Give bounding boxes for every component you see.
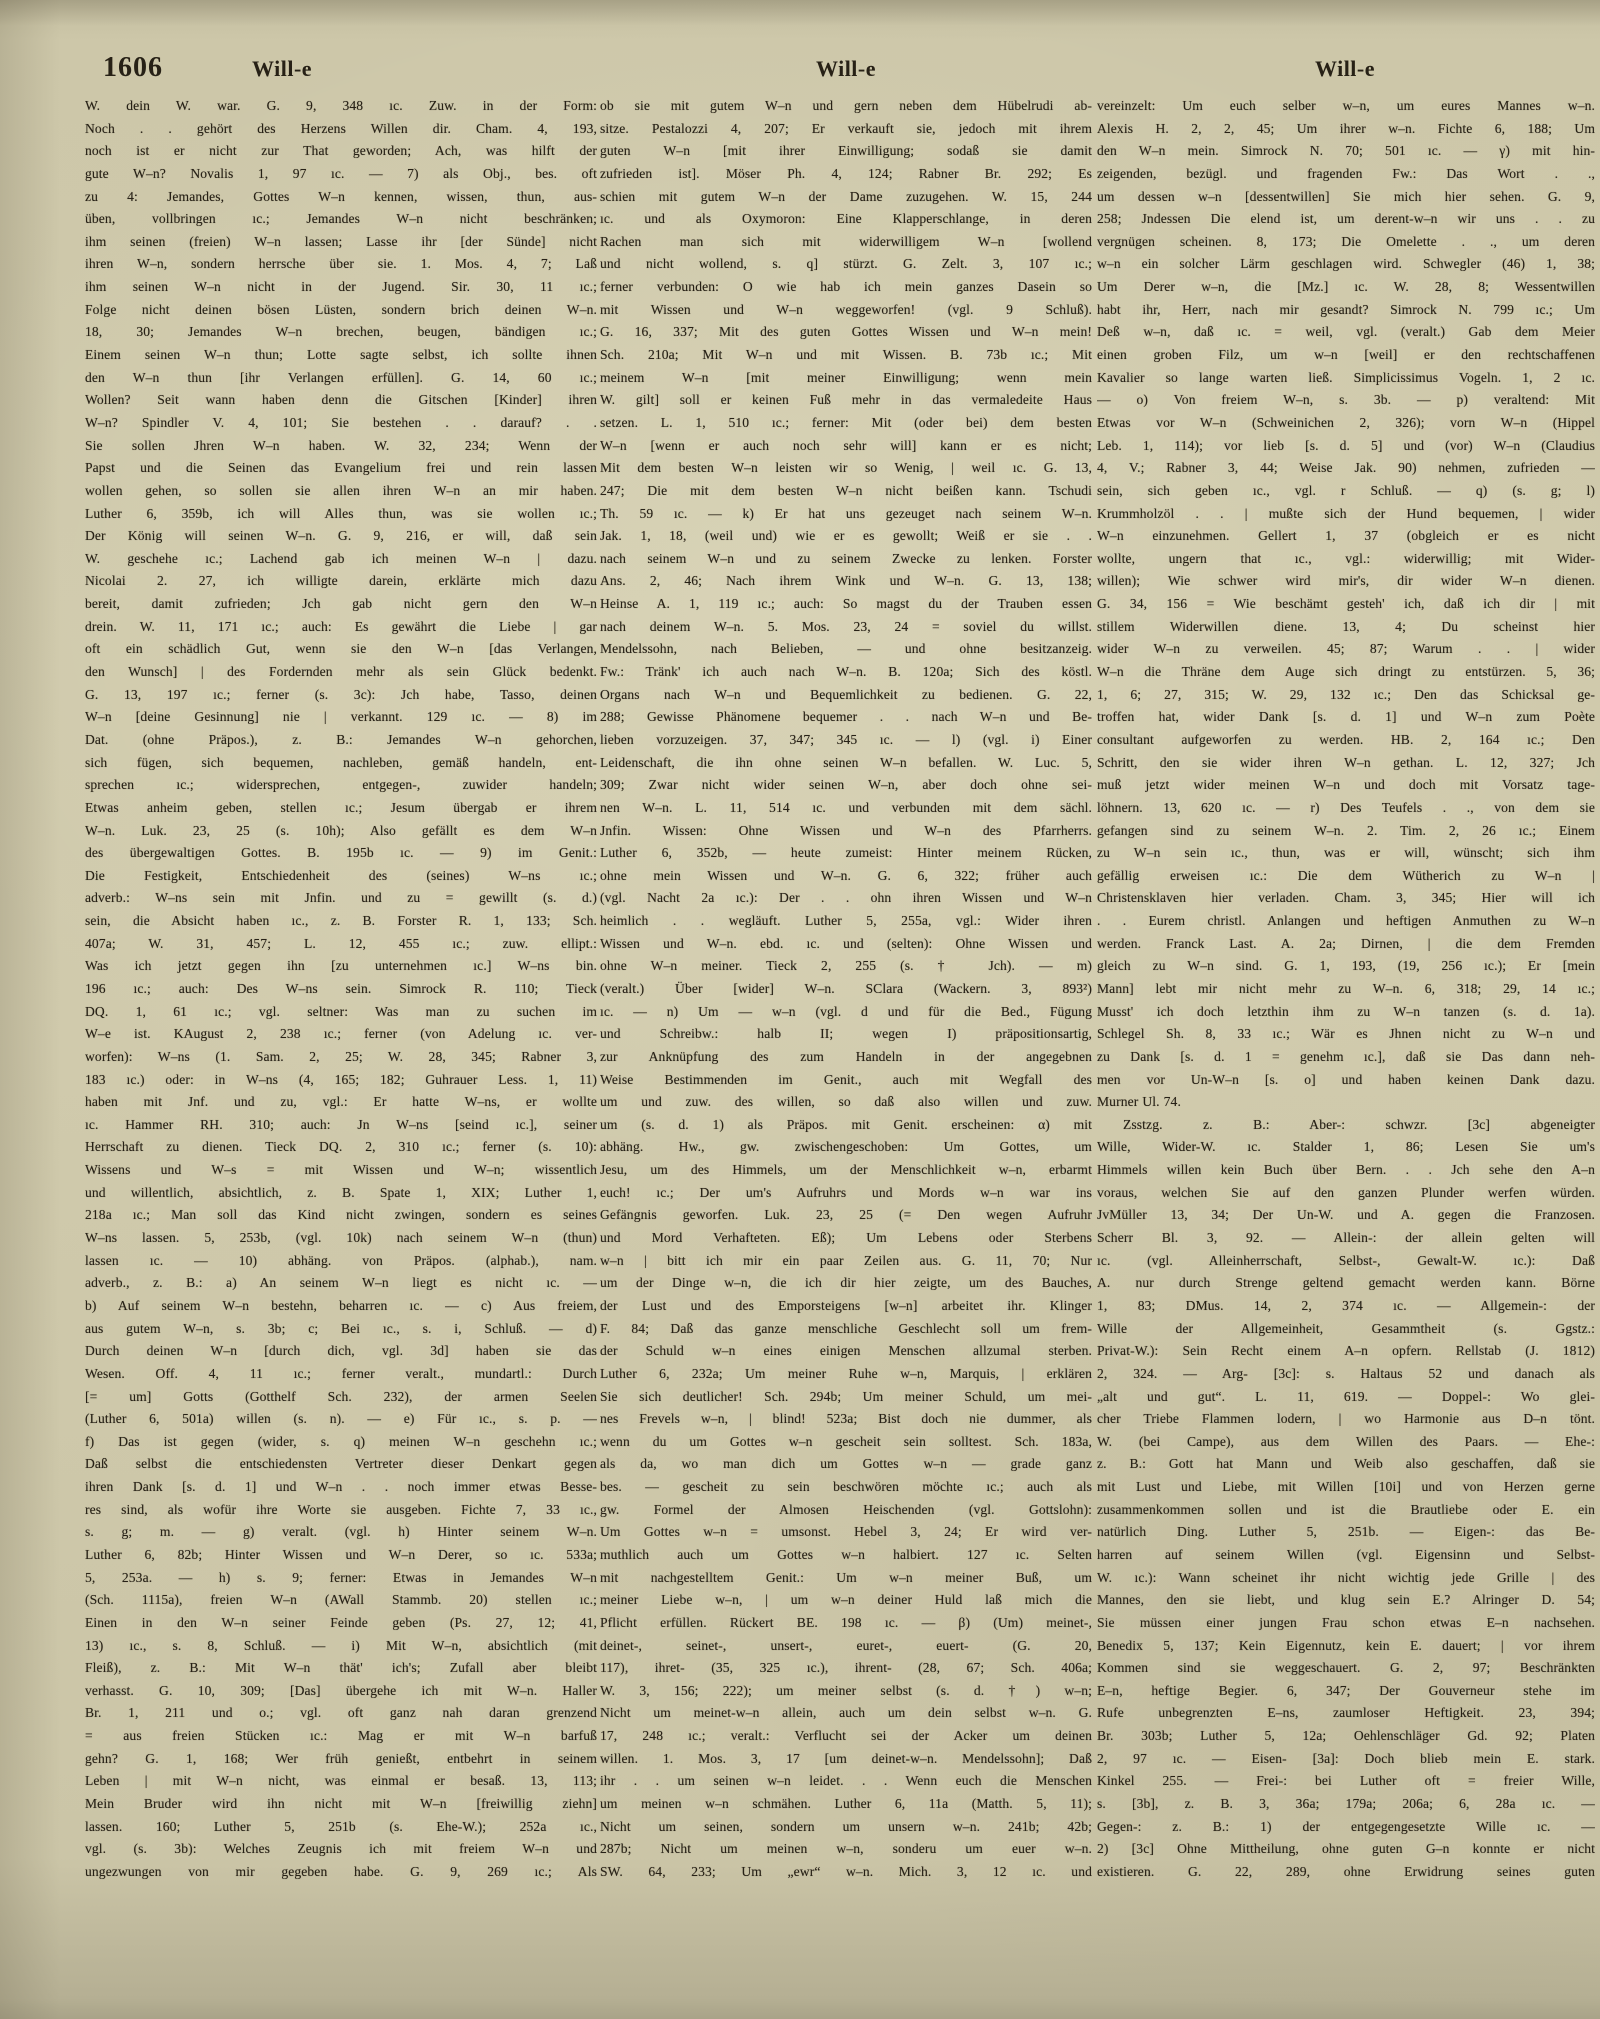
text-line: wenn du um Gottes w–n gescheit sein soll… <box>600 1432 1092 1451</box>
text-line: vereinzelt: Um euch selber w–n, um eures… <box>1097 96 1595 115</box>
text-line: = aus freien Stücken ıc.: Mag er mit W–n… <box>85 1726 597 1745</box>
text-line: Luther 6, 352b, — heute zumeist: Hinter … <box>600 843 1092 862</box>
text-line: lassen. 160; Luther 5, 251b (s. Ehe-W.);… <box>85 1817 597 1836</box>
text-line: Der König will seinen W–n. G. 9, 216, er… <box>85 526 597 545</box>
text-line: Um Derer w–n, die [Mz.] ıc. W. 28, 8; We… <box>1097 277 1595 296</box>
text-line: res sind, als wofür ihre Worte sie ausge… <box>85 1500 597 1519</box>
text-line: der Schuld w–n eines einigen Menschen al… <box>600 1341 1092 1360</box>
text-line: Was ich jetzt gegen ihn [zu unternehmen … <box>85 956 597 975</box>
text-column-center: ob sie mit gutem W–n und gern neben dem … <box>600 96 1092 1882</box>
text-line: adverb.: W–ns sein mit Jnfin. und zu = g… <box>85 888 597 907</box>
text-line: Leben | mit W–n nicht, was einmal er bes… <box>85 1771 597 1790</box>
text-line: 2) [3c] Ohne Mittheilung, ohne guten G–n… <box>1097 1839 1595 1858</box>
text-line: ferner verbunden: O wie hab ich mein gan… <box>600 277 1092 296</box>
text-line: zu W–n sein ıc., thun, was er will, wüns… <box>1097 843 1595 862</box>
text-line: w–n | bitt ich mir ein paar Zeilen aus. … <box>600 1251 1092 1270</box>
text-line: s. g; m. — g) veralt. (vgl. h) Hinter se… <box>85 1522 597 1541</box>
text-line: heimlich . . wegläuft. Luther 5, 255a, v… <box>600 911 1092 930</box>
text-line: 196 ıc.; auch: Des W–ns sein. Simrock R.… <box>85 979 597 998</box>
text-line: guten W–n [mit ihrer Einwilligung; sodaß… <box>600 141 1092 160</box>
text-line: mit Lust und Liebe, mit Willen [10i] und… <box>1097 1477 1595 1496</box>
text-line: Scherr Bl. 3, 92. — Allein-: der allein … <box>1097 1228 1595 1247</box>
text-line: den W–n thun [ihr Verlangen erfüllen]. G… <box>85 368 597 387</box>
text-line: mit nachgestelltem Genit.: Um w–n meiner… <box>600 1568 1092 1587</box>
text-line: Weise Bestimmenden im Genit., auch mit W… <box>600 1070 1092 1089</box>
text-line: euch! ıc.; Der um's Aufruhrs und Mords w… <box>600 1183 1092 1202</box>
text-line: den Wunsch] | des Fordernden mehr als se… <box>85 662 597 681</box>
text-line: Schlegel Sh. 8, 33 ıc.; Wär es Jhnen nic… <box>1097 1024 1595 1043</box>
text-line: Rufe unbegrenzten E–ns, zaumloser Heftig… <box>1097 1703 1595 1722</box>
text-line: (veralt.) Über [wider] W–n. SClara (Wack… <box>600 979 1092 998</box>
text-line: consultant aufgeworfen zu werden. HB. 2,… <box>1097 730 1595 749</box>
text-line: harren auf seinem Willen (vgl. Eigensinn… <box>1097 1545 1595 1564</box>
text-line: worfen): W–ns (1. Sam. 2, 25; W. 28, 345… <box>85 1047 597 1066</box>
text-line: 407a; W. 31, 457; L. 12, 455 ıc.; zuw. e… <box>85 934 597 953</box>
text-line: zeigenden, bezügl. und fragenden Fw.: Da… <box>1097 164 1595 183</box>
text-line: cher Triebe Flammen lodern, | wo Harmoni… <box>1097 1409 1595 1428</box>
text-line: Nicht um meinet-w–n allein, auch um dein… <box>600 1703 1092 1722</box>
text-line: 258; Jndessen Die elend ist, um derent-w… <box>1097 209 1595 228</box>
text-line: Noch . . gehört des Herzens Willen dir. … <box>85 119 597 138</box>
text-line: sein, sich geben ıc., vgl. r Schluß. — q… <box>1097 481 1595 500</box>
text-line: Krummholzöl . . | mußte sich der Hund be… <box>1097 504 1595 523</box>
page-number: 1606 <box>103 52 163 84</box>
text-line: adverb., z. B.: a) An seinem W–n liegt e… <box>85 1273 597 1292</box>
text-line: willen. 1. Mos. 3, 17 [um deinet-w–n. Me… <box>600 1749 1092 1768</box>
text-line: 18, 30; Jemandes W–n brechen, beugen, bä… <box>85 322 597 341</box>
text-line: haben mit Jnf. und zu, vgl.: Er hatte W–… <box>85 1092 597 1111</box>
text-line: Musst' ich doch letzthin ihm zu W–n tanz… <box>1097 1002 1595 1021</box>
text-line: Himmels willen kein Buch über Bern. . . … <box>1097 1160 1595 1179</box>
text-line: Einem seinen W–n thun; Lotte sagte selbs… <box>85 345 597 364</box>
text-line: Leb. 1, 114); vor lieb [s. d. 5] und (vo… <box>1097 436 1595 455</box>
text-line: Sie sollen Jhren W–n haben. W. 32, 234; … <box>85 436 597 455</box>
text-line: wollte, ungern that ıc., vgl.: widerwill… <box>1097 549 1595 568</box>
text-line: nen W–n. L. 11, 514 ıc. und verbunden mi… <box>600 798 1092 817</box>
text-line: W–n [wenn er auch noch sehr will] kann e… <box>600 436 1092 455</box>
text-line: men vor Un-W–n [s. o] und haben keinen D… <box>1097 1070 1595 1089</box>
text-line: gefangen sind zu seinem W–n. 2. Tim. 2, … <box>1097 821 1595 840</box>
text-line: nach deinem W–n. 5. Mos. 23, 24 = soviel… <box>600 617 1092 636</box>
text-line: Mann] lebt mir nicht mehr zu W–n. 6, 318… <box>1097 979 1595 998</box>
text-line: üben, vollbringen ıc.; Jemandes W–n nich… <box>85 209 597 228</box>
text-line: Br. 1, 211 und o.; vgl. oft ganz nah dar… <box>85 1703 597 1722</box>
text-line: und Schreibw.: halb II; wegen I) präposi… <box>600 1024 1092 1043</box>
text-line: ıc. Hammer RH. 310; auch: Jn W–ns [seind… <box>85 1115 597 1134</box>
text-line: Nicht um seinen, sondern um unsern w–n. … <box>600 1817 1092 1836</box>
text-line: willen); Wie schwer wird mir's, dir wide… <box>1097 571 1595 590</box>
text-line: W–e ist. KAugust 2, 238 ıc.; ferner (von… <box>85 1024 597 1043</box>
text-line: 5, 253a. — h) s. 9; ferner: Etwas in Jem… <box>85 1568 597 1587</box>
text-line: Fleiß), z. B.: Mit W–n thät' ich's; Zufa… <box>85 1658 597 1677</box>
text-line: ihm seinen (freien) W–n lassen; Lasse ih… <box>85 232 597 251</box>
text-line: [= um] Gotts (Gotthelf Sch. 232), der ar… <box>85 1387 597 1406</box>
text-line: Mit dem besten W–n leisten wir so Wenig,… <box>600 458 1092 477</box>
text-line: einen groben Filz, um w–n [weil] er den … <box>1097 345 1595 364</box>
text-line: noch ist er nicht zur That geworden; Ach… <box>85 141 597 160</box>
text-line: 4, V.; Rabner 3, 44; Weise Jak. 90) nehm… <box>1097 458 1595 477</box>
text-line: sein, die Absicht haben ıc., z. B. Forst… <box>85 911 597 930</box>
text-line: ohne W–n meiner. Tieck 2, 255 (s. † Jch)… <box>600 956 1092 975</box>
text-line: . . Eurem christl. Anlangen und heftigen… <box>1097 911 1595 930</box>
text-line: Zsstzg. z. B.: Aber-: schwzr. [3c] abgen… <box>1097 1115 1595 1134</box>
text-line: natürlich Ding. Luther 5, 251b. — Eigen-… <box>1097 1522 1595 1541</box>
text-line: zufrieden ist]. Möser Ph. 4, 124; Rabner… <box>600 164 1092 183</box>
text-line: Sch. 210a; Mit W–n und mit Wissen. B. 73… <box>600 345 1092 364</box>
text-line: stillem Widerwillen diene. 13, 4; Du sch… <box>1097 617 1595 636</box>
text-line: Etwas vor W–n (Schweinichen 2, 326); vor… <box>1097 413 1595 432</box>
text-line: schien mit gutem W–n der Dame zuzugehen.… <box>600 187 1092 206</box>
text-line: zur Anknüpfung des zum Handeln in der an… <box>600 1047 1092 1066</box>
text-line: und nicht wollend, s. q] stürzt. G. Zelt… <box>600 254 1092 273</box>
text-line: und Mord Verhafteten. Eß); Um Lebens ode… <box>600 1228 1092 1247</box>
text-line: SW. 64, 233; Um „ewr“ w–n. Mich. 3, 12 ı… <box>600 1862 1092 1881</box>
text-line: gehn? G. 1, 168; Wer früh genießt, entbe… <box>85 1749 597 1768</box>
text-line: G. 16, 337; Mit des guten Gottes Wissen … <box>600 322 1092 341</box>
text-line: deinet-, seinet-, unsert-, euret-, euert… <box>600 1636 1092 1655</box>
text-line: zu Dank [s. d. 1 = genehm ıc.], daß sie … <box>1097 1047 1595 1066</box>
text-line: G. 34, 156 = Wie beschämt gesteh' ich, d… <box>1097 594 1595 613</box>
text-line: W–n die Thräne dem Auge sich dringt zu e… <box>1097 662 1595 681</box>
text-line: gleich zu W–n sind. G. 1, 193, (19, 256 … <box>1097 956 1595 975</box>
text-line: sich fügen, sich bequemen, nachleben, ge… <box>85 753 597 772</box>
running-head-right: Will-e <box>1095 56 1595 82</box>
text-line: muthlich auch um Gottes w–n halbiert. 12… <box>600 1545 1092 1564</box>
text-line: 218a ıc.; Man soll das Kind nicht zwinge… <box>85 1205 597 1224</box>
text-line: (vgl. Nacht 2a ıc.): Der . . ohn ihren W… <box>600 888 1092 907</box>
text-line: bereit, damit zufrieden; Jch gab nicht g… <box>85 594 597 613</box>
text-line: nes Frevels w–n, | blind! 523a; Bist doc… <box>600 1409 1092 1428</box>
text-line: 288; Gewisse Phänomene bequemer . . nach… <box>600 707 1092 726</box>
text-line: um (s. d. 1) als Präpos. mit Genit. ersc… <box>600 1115 1092 1134</box>
text-line: z. B.: Gott hat Mann und Weib also gesch… <box>1097 1454 1595 1473</box>
text-line: mit Wissen und W–n weggeworfen! (vgl. 9 … <box>600 300 1092 319</box>
text-line: Sie müssen einer jungen Frau schon etwas… <box>1097 1613 1595 1632</box>
text-line: ıc. (vgl. Alleinherrschaft, Selbst-, Gew… <box>1097 1251 1595 1270</box>
text-line: Wollen? Seit wann haben denn die Gitsche… <box>85 390 597 409</box>
text-line: zu 4: Jemandes, Gottes W–n kennen, wisse… <box>85 187 597 206</box>
text-line: des übergewaltigen Gottes. B. 195b ıc. —… <box>85 843 597 862</box>
text-line: Kavalier so lange warten ließ. Simplicis… <box>1097 368 1595 387</box>
text-line: Jak. 1, 18, (weil und) wie er es gewollt… <box>600 526 1092 545</box>
text-line: ob sie mit gutem W–n und gern neben dem … <box>600 96 1092 115</box>
text-line: Die Festigkeit, Entschiedenheit des (sei… <box>85 866 597 885</box>
text-line: — o) Von freiem W–n, s. 3b. — p) veralte… <box>1097 390 1595 409</box>
text-line: meinem W–n [mit meiner Einwilligung; wen… <box>600 368 1092 387</box>
text-line: Jnfin. Wissen: Ohne Wissen und W–n des P… <box>600 821 1092 840</box>
text-line: verhasst. G. 10, 309; [Das] übergehe ich… <box>85 1681 597 1700</box>
text-line: Br. 303b; Luther 5, 12a; Oehlenschläger … <box>1097 1726 1595 1745</box>
text-line: ıc. und als Oxymoron: Eine Klapperschlan… <box>600 209 1092 228</box>
text-line: Christensklaven hier verladen. Cham. 3, … <box>1097 888 1595 907</box>
text-line: b) Auf seinem W–n bestehn, beharren ıc. … <box>85 1296 597 1315</box>
text-line: werden. Franck Last. A. 2a; Dirnen, | di… <box>1097 934 1595 953</box>
text-line: um und zuw. des willen, so daß also will… <box>600 1092 1092 1111</box>
text-line: bes. — gescheit zu sein beschwören möcht… <box>600 1477 1092 1496</box>
text-line: W–ns lassen. 5, 253b, (vgl. 10k) nach se… <box>85 1228 597 1247</box>
text-line: W. ıc.): Wann scheinet ihr nicht wichtig… <box>1097 1568 1595 1587</box>
text-line: Mein Bruder wird ihn nicht mit W–n [frei… <box>85 1794 597 1813</box>
text-line: E–n, heftige Begier. 6, 347; Der Gouvern… <box>1097 1681 1595 1700</box>
text-line: setzen. L. 1, 510 ıc.; ferner: Mit (oder… <box>600 413 1092 432</box>
running-head-center: Will-e <box>600 56 1092 82</box>
text-line: 1, 83; DMus. 14, 2, 374 ıc. — Allgemein-… <box>1097 1296 1595 1315</box>
text-line: 13) ıc., s. 8, Schluß. — i) Mit W–n, abs… <box>85 1636 597 1655</box>
text-line: W. 3, 156; 222); um meiner selbst (s. d.… <box>600 1681 1092 1700</box>
text-line: Luther 6, 359b, ich will Alles thun, was… <box>85 504 597 523</box>
text-line: „alt und gut“. L. 11, 619. — Doppel-: Wo… <box>1097 1387 1595 1406</box>
text-line: Sie sich deutlicher! Sch. 294b; Um meine… <box>600 1387 1092 1406</box>
text-line: aus gutem W–n, s. 3b; c; Bei ıc., s. i, … <box>85 1319 597 1338</box>
text-line: und willentlich, absichtlich, z. B. Spat… <box>85 1183 597 1202</box>
text-line: 183 ıc.) oder: in W–ns (4, 165; 182; Guh… <box>85 1070 597 1089</box>
text-column-right: vereinzelt: Um euch selber w–n, um eures… <box>1097 96 1595 1882</box>
text-line: 2, 97 ıc. — Eisen- [3a]: Doch blieb mein… <box>1097 1749 1595 1768</box>
text-line: nach seinem W–n und zu seinem Zwecke zu … <box>600 549 1092 568</box>
text-line: Nicolai 2. 27, ich willigte darein, erkl… <box>85 571 597 590</box>
text-line: 247; Die mit dem besten W–n nicht beißen… <box>600 481 1092 500</box>
text-line: existieren. G. 22, 289, ohne Erwidrung s… <box>1097 1862 1595 1881</box>
running-head-left: Will-e <box>252 56 312 82</box>
text-line: gw. Formel der Almosen Heischenden (vgl.… <box>600 1500 1092 1519</box>
text-line: gute W–n? Novalis 1, 97 ıc. — 7) als Obj… <box>85 164 597 183</box>
text-line: 17, 248 ıc.; veralt.: Verflucht sei der … <box>600 1726 1092 1745</box>
text-line: G. 13, 197 ıc.; ferner (s. 3c): Jch habe… <box>85 685 597 704</box>
text-line: abhäng. Hw., gw. zwischengeschoben: Um G… <box>600 1137 1092 1156</box>
text-line: Kinkel 255. — Frei-: bei Luther oft = fr… <box>1097 1771 1595 1790</box>
text-line: ungezwungen von mir gegeben habe. G. 9, … <box>85 1862 597 1881</box>
text-line: muß jetzt wider meinen W–n und doch mit … <box>1097 775 1595 794</box>
text-line: Kommen sind sie weggeschauert. G. 2, 97;… <box>1097 1658 1595 1677</box>
text-line: s. [3b], z. B. 3, 36a; 179a; 206a; 6, 28… <box>1097 1794 1595 1813</box>
text-line: Gefängnis geworfen. Luk. 23, 25 (= Den w… <box>600 1205 1092 1224</box>
text-line: zusammenkommen sollen und ist die Brautl… <box>1097 1500 1595 1519</box>
text-line: Heinse A. 1, 119 ıc.; auch: So magst du … <box>600 594 1092 613</box>
text-line: W–n [deine Gesinnung] nie | verkannt. 12… <box>85 707 597 726</box>
text-line: Leidenschaft, die ihn ohne seinen W–n be… <box>600 753 1092 772</box>
text-line: Wille der Allgemeinheit, Gesammtheit (s.… <box>1097 1319 1595 1338</box>
text-line: habt ihr, Herr, nach mir gesandt? Simroc… <box>1097 300 1595 319</box>
text-line: A. nur durch Strenge geltend gemacht wer… <box>1097 1273 1595 1292</box>
text-line: Herrschaft zu dienen. Tieck DQ. 2, 310 ı… <box>85 1137 597 1156</box>
text-line: Rachen man sich mit widerwilligem W–n [w… <box>600 232 1092 251</box>
text-line: f) Das ist gegen (wider, s. q) meinen W–… <box>85 1432 597 1451</box>
text-line: voraus, welchen Sie auf den ganzen Plund… <box>1097 1183 1595 1202</box>
text-line: gefällig erweisen ıc.: Die dem Wütherich… <box>1097 866 1595 885</box>
text-line: W–n einzunehmen. Gellert 1, 37 (obgleich… <box>1097 526 1595 545</box>
text-line: als da, wo man dich um Gottes w–n — grad… <box>600 1454 1092 1473</box>
text-line: 1, 6; 27, 315; W. 29, 132 ıc.; Den das S… <box>1097 685 1595 704</box>
text-line: Wissens und W–s = mit Wissen und W–n; wi… <box>85 1160 597 1179</box>
text-line: F. 84; Daß das ganze menschliche Geschle… <box>600 1319 1092 1338</box>
text-line: Jesu, um des Himmels, um der Menschlichk… <box>600 1160 1092 1179</box>
text-line: Gegen-: z. B.: 1) der entgegengesetzte W… <box>1097 1817 1595 1836</box>
text-line: ihren W–n, sondern herrsche über sie. 1.… <box>85 254 597 273</box>
text-line: w–n ein solcher Lärm geschlagen wird. Sc… <box>1097 254 1595 273</box>
text-line: ihm seinen W–n nicht in der Jugend. Sir.… <box>85 277 597 296</box>
text-line: oft ein schädlich Gut, wenn sie den W–n … <box>85 639 597 658</box>
text-column-left: W. dein W. war. G. 9, 348 ıc. Zuw. in de… <box>85 96 597 1882</box>
text-line: Daß selbst die entschiedensten Vertreter… <box>85 1454 597 1473</box>
text-line: Wesen. Off. 4, 11 ıc.; ferner veralt., m… <box>85 1364 597 1383</box>
text-line: W. dein W. war. G. 9, 348 ıc. Zuw. in de… <box>85 96 597 115</box>
text-line: sprechen ıc.; widersprechen, entgegen-, … <box>85 775 597 794</box>
text-line: um dessen w–n [dessentwillen] Sie mich h… <box>1097 187 1595 206</box>
text-line: Ans. 2, 46; Nach ihrem Wink und W–n. G. … <box>600 571 1092 590</box>
text-line: Mendelssohn, nach Belieben, — und ohne b… <box>600 639 1092 658</box>
text-line: drein. W. 11, 171 ıc.; auch: Es gewährt … <box>85 617 597 636</box>
text-line: wider W–n zu verweilen. 45; 87; Warum . … <box>1097 639 1595 658</box>
text-line: Mannes, den sie liebt, und klug sein E.?… <box>1097 1590 1595 1609</box>
text-line: W. (bei Campe), aus dem Willen des Paars… <box>1097 1432 1595 1451</box>
text-line: 117), ihret- (35, 325 ıc.), ihrent- (28,… <box>600 1658 1092 1677</box>
text-line: 287b; Nicht um meinen w–n, sonderu um eu… <box>600 1839 1092 1858</box>
text-line: DQ. 1, 61 ıc.; vgl. seltner: Was man zu … <box>85 1002 597 1021</box>
text-line: Etwas anheim geben, stellen ıc.; Jesum ü… <box>85 798 597 817</box>
text-line: Th. 59 ıc. — k) Er hat uns gezeuget nach… <box>600 504 1092 523</box>
text-line: Um Gottes w–n = umsonst. Hebel 3, 24; Er… <box>600 1522 1092 1541</box>
text-line: troffen hat, wider Dank [s. d. 1] und W–… <box>1097 707 1595 726</box>
text-line: meiner Liebe w–n, | um w–n deiner Huld l… <box>600 1590 1092 1609</box>
text-line: Papst und die Seinen das Evangelium frei… <box>85 458 597 477</box>
text-line: vergnügen scheinen. 8, 173; Die Omelette… <box>1097 232 1595 251</box>
text-line: wollen gehen, so sollen sie allen ihren … <box>85 481 597 500</box>
text-line: Murner Ul. 74. <box>1097 1092 1595 1111</box>
text-line: um meinen w–n schmähen. Luther 6, 11a (M… <box>600 1794 1092 1813</box>
text-line: (Luther 6, 501a) willen (s. n). — e) Für… <box>85 1409 597 1428</box>
text-line: 309; Zwar nicht wider seinen W–n, aber d… <box>600 775 1092 794</box>
text-line: W–n? Spindler V. 4, 101; Sie bestehen . … <box>85 413 597 432</box>
text-line: lassen ıc. — 10) abhäng. von Präpos. (al… <box>85 1251 597 1270</box>
text-line: JvMüller 13, 34; Der Un-W. und A. gegen … <box>1097 1205 1595 1224</box>
text-line: Durch deinen W–n [durch dich, vgl. 3d] h… <box>85 1341 597 1360</box>
text-line: (Sch. 1115a), freien W–n (AWall Stammb. … <box>85 1590 597 1609</box>
text-line: Privat-W.): Sein Recht einem A–n opfern.… <box>1097 1341 1595 1360</box>
text-line: Benedix 5, 137; Kein Eigennutz, kein E. … <box>1097 1636 1595 1655</box>
text-line: 2, 324. — Arg- [3c]: s. Haltaus 52 und d… <box>1097 1364 1595 1383</box>
text-line: Folge nicht deinen bösen Lüsten, sondern… <box>85 300 597 319</box>
text-line: Einen in den W–n seiner Feinde geben (Ps… <box>85 1613 597 1632</box>
text-line: Wille, Wider-W. ıc. Stalder 1, 86; Lesen… <box>1097 1137 1595 1156</box>
text-line: der Lust und des Emporsteigens [w–n] arb… <box>600 1296 1092 1315</box>
text-line: Deß w–n, daß ıc. = weil, vgl. (veralt.) … <box>1097 322 1595 341</box>
text-line: sitze. Pestalozzi 4, 207; Er verkauft si… <box>600 119 1092 138</box>
text-line: Schritt, den sie wider ihren W–n gethan.… <box>1097 753 1595 772</box>
text-line: Luther 6, 232a; Um meiner Ruhe w–n, Marq… <box>600 1364 1092 1383</box>
text-line: ihr . . um seinen w–n leidet. . . Wenn e… <box>600 1771 1092 1790</box>
text-line: W. gilt] soll er keinen Fuß mehr in das … <box>600 390 1092 409</box>
text-line: Fw.: Tränk' ich auch nach W–n. B. 120a; … <box>600 662 1092 681</box>
text-line: W–n. Luk. 23, 25 (s. 10h); Also gefällt … <box>85 821 597 840</box>
text-line: Organs nach W–n und Bequemlichkeit zu be… <box>600 685 1092 704</box>
text-line: Wissen und W–n. ebd. ıc. und (selten): O… <box>600 934 1092 953</box>
text-line: W. geschehe ıc.; Lachend gab ich meinen … <box>85 549 597 568</box>
text-line: löhnern. 13, 620 ıc. — r) Des Teufels . … <box>1097 798 1595 817</box>
text-line: Alexis H. 2, 2, 45; Um ihrer w–n. Fichte… <box>1097 119 1595 138</box>
text-line: um der Dinge w–n, die ich dir hier zeigt… <box>600 1273 1092 1292</box>
text-line: Pflicht erfüllen. Rückert BE. 198 ıc. — … <box>600 1613 1092 1632</box>
text-line: ıc. — n) Um — w–n (vgl. d und für die Be… <box>600 1002 1092 1021</box>
text-line: Luther 6, 82b; Hinter Wissen und W–n Der… <box>85 1545 597 1564</box>
dictionary-page-scan: 1606 Will-e Will-e Will-e W. dein W. war… <box>0 0 1600 2019</box>
text-line: Dat. (ohne Präpos.), z. B.: Jemandes W–n… <box>85 730 597 749</box>
text-line: ihren Dank [s. d. 1] und W–n . . noch im… <box>85 1477 597 1496</box>
text-line: lieben vorzuzeigen. 37, 347; 345 ıc. — l… <box>600 730 1092 749</box>
text-line: ohne mein Wissen und W–n. G. 6, 322; frü… <box>600 866 1092 885</box>
text-line: vgl. (s. 3b): Welches Zeugnis ich mit fr… <box>85 1839 597 1858</box>
text-line: den W–n mein. Simrock N. 70; 501 ıc. — γ… <box>1097 141 1595 160</box>
